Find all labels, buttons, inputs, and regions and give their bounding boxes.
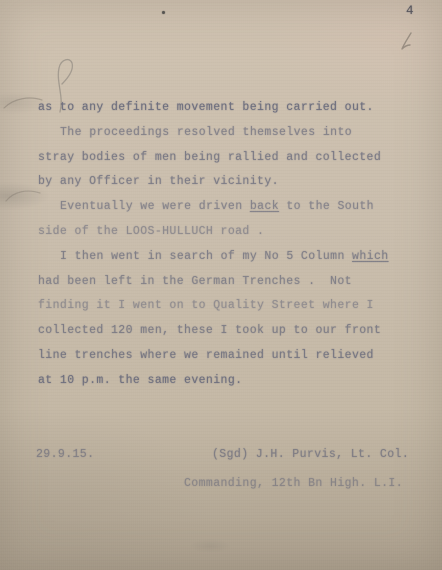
typed-line: as to any definite movement being carrie… bbox=[38, 96, 418, 121]
typed-line: collected 120 men, these I took up to ou… bbox=[38, 319, 418, 344]
typed-line: side of the LOOS-HULLUCH road . bbox=[38, 220, 418, 245]
typed-line: line trenches where we remained until re… bbox=[38, 344, 418, 369]
typed-line: by any Officer in their vicinity. bbox=[38, 170, 418, 195]
typed-line: at 10 p.m. the same evening. bbox=[38, 369, 418, 394]
typed-line: The proceedings resolved themselves into bbox=[38, 121, 418, 146]
typed-line: stray bodies of men being rallied and co… bbox=[38, 146, 418, 171]
typed-line: I then went in search of my No 5 Column … bbox=[38, 245, 418, 270]
underlined-word: back bbox=[250, 200, 279, 213]
report-date: 29.9.15. bbox=[36, 448, 94, 461]
document-page: 4 as to any definite movement being carr… bbox=[0, 0, 442, 570]
underlined-word: which bbox=[352, 250, 389, 263]
pencil-arc-mark bbox=[4, 183, 42, 205]
typed-line: had been left in the German Trenches . N… bbox=[38, 270, 418, 295]
typed-body: as to any definite movement being carrie… bbox=[38, 96, 418, 394]
page-number: 4 bbox=[406, 4, 415, 18]
pencil-tick-mark bbox=[398, 31, 416, 51]
typed-line: finding it I went on to Quality Street w… bbox=[38, 294, 418, 319]
ink-dot bbox=[162, 11, 165, 14]
typed-line: Eventually we were driven back to the So… bbox=[38, 195, 418, 220]
signature-role-line: Commanding, 12th Bn High. L.I. bbox=[184, 477, 403, 490]
signature-line: (Sgd) J.H. Purvis, Lt. Col. bbox=[212, 448, 409, 461]
